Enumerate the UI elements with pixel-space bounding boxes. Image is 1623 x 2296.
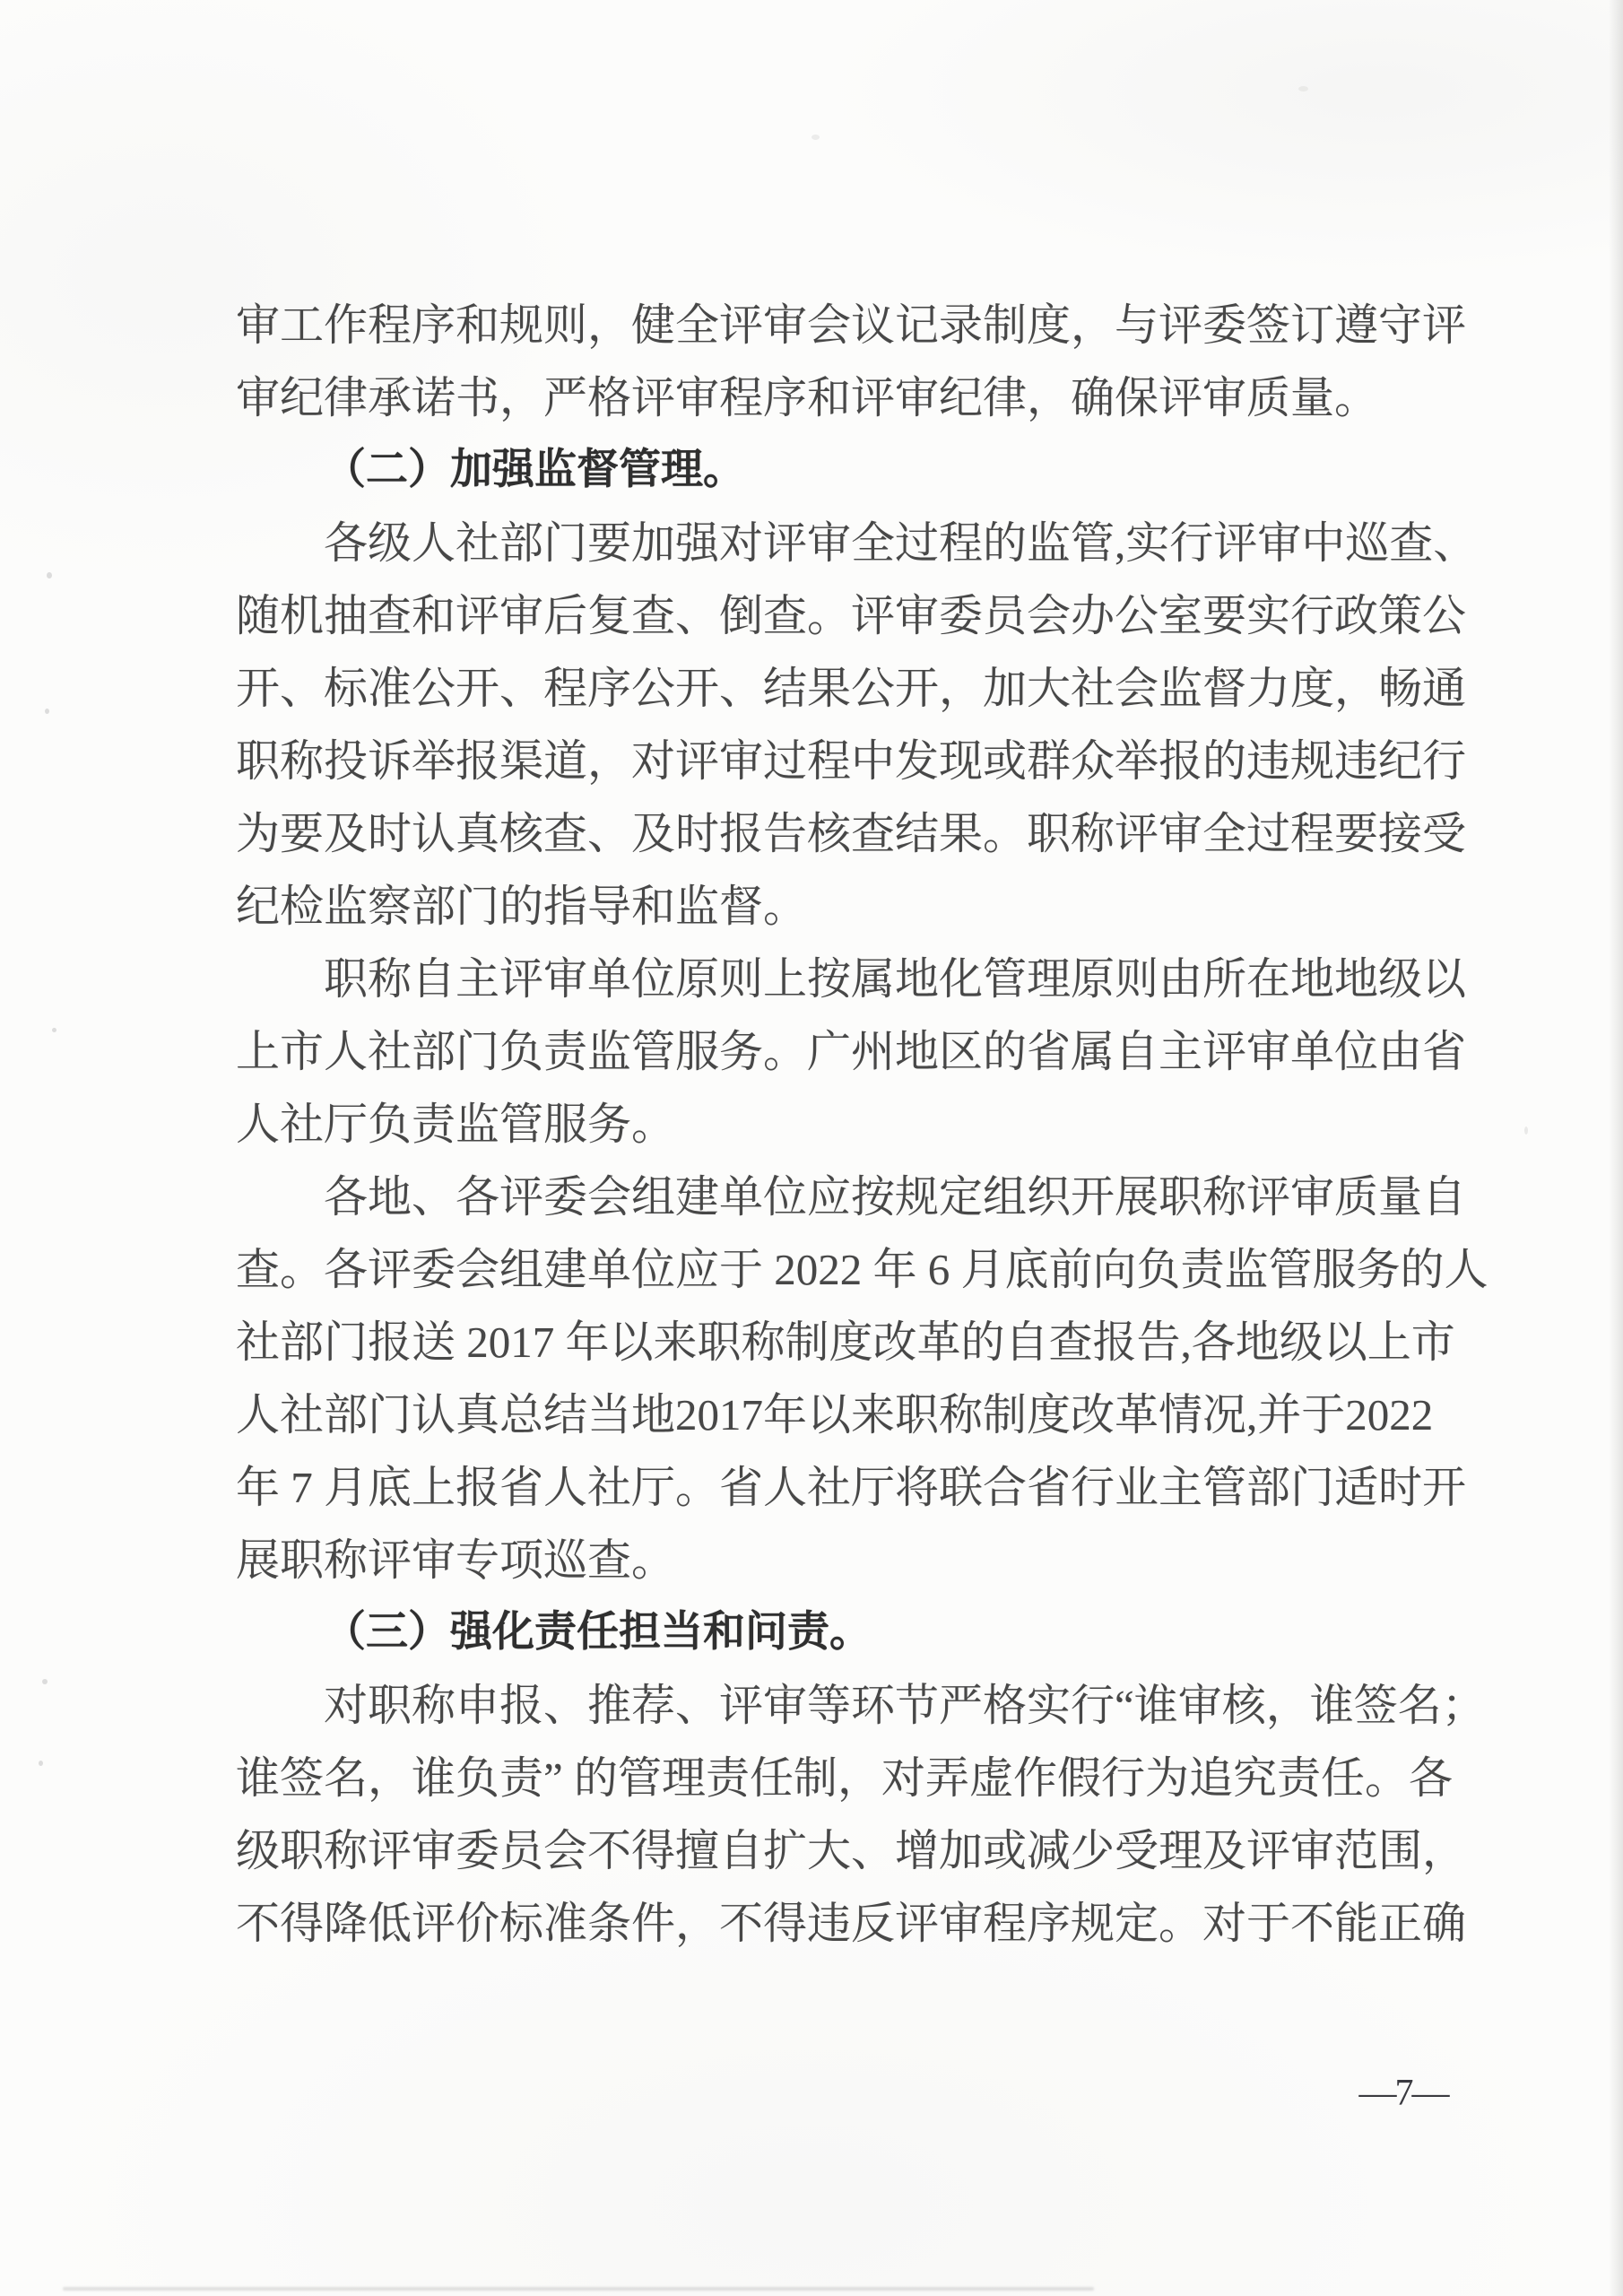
scan-speck (45, 709, 49, 714)
text-line: 为要及时认真核查、及时报告核查结果。职称评审全过程要接受 (236, 797, 1482, 870)
text-line: 审纪律承诺书，严格评审程序和评审纪律，确保评审质量。 (236, 361, 1482, 434)
text-line: 级职称评审委员会不得擅自扩大、增加或减少受理及评审范围， (236, 1814, 1482, 1887)
text-line: 谁签名，谁负责” 的管理责任制，对弄虚作假行为追究责任。各 (236, 1742, 1482, 1814)
text-line: 上市人社部门负责监管服务。广州地区的省属自主评审单位由省 (236, 1015, 1482, 1088)
text-line: 查。各评委会组建单位应于 2022 年 6 月底前向负责监管服务的人 (236, 1233, 1482, 1306)
page-number: —7— (1345, 2070, 1462, 2117)
scan-bottom-streak (63, 2287, 1094, 2291)
text-line: 随机抽查和评审后复查、倒查。评审委员会办公室要实行政策公 (236, 579, 1482, 652)
text-line: 各级人社部门要加强对评审全过程的监管,实行评审中巡查、 (236, 507, 1482, 579)
scan-speck (39, 1761, 43, 1766)
scan-speck (47, 572, 52, 578)
text-line: 纪检监察部门的指导和监督。 (236, 870, 1482, 943)
scanned-document-page: 审工作程序和规则，健全评审会议记录制度，与评委签订遵守评审纪律承诺书，严格评审程… (0, 0, 1623, 2296)
scan-speck (811, 135, 820, 140)
scan-speck (42, 1679, 48, 1684)
text-line: 开、标准公开、程序公开、结果公开，加大社会监督力度，畅通 (236, 652, 1482, 725)
text-line: 人社厅负责监管服务。 (236, 1088, 1482, 1161)
text-line: 职称自主评审单位原则上按属地化管理原则由所在地地级以 (236, 943, 1482, 1015)
scan-speck (1524, 1126, 1528, 1135)
scan-speck (1298, 86, 1308, 91)
document-body: 审工作程序和规则，健全评审会议记录制度，与评委签订遵守评审纪律承诺书，严格评审程… (236, 289, 1482, 1960)
text-line: 社部门报送 2017 年以来职称制度改革的自查报告,各地级以上市 (236, 1306, 1482, 1378)
scan-speck (52, 1028, 56, 1032)
text-line: 职称投诉举报渠道，对评审过程中发现或群众举报的违规违纪行 (236, 725, 1482, 797)
text-line: 人社部门认真总结当地2017年以来职称制度改革情况,并于2022 (236, 1378, 1482, 1451)
section-heading: （二）加强监督管理。 (236, 434, 1482, 507)
text-line: 不得降低评价标准条件，不得违反评审程序规定。对于不能正确 (236, 1887, 1482, 1960)
text-line: 年 7 月底上报省人社厅。省人社厅将联合省行业主管部门适时开 (236, 1451, 1482, 1524)
text-line: 对职称申报、推荐、评审等环节严格实行“谁审核，谁签名； (236, 1669, 1482, 1742)
scan-edge-shadow (1609, 0, 1623, 2296)
section-heading: （三）强化责任担当和问责。 (236, 1596, 1482, 1669)
text-line: 审工作程序和规则，健全评审会议记录制度，与评委签订遵守评 (236, 289, 1482, 361)
text-line: 各地、各评委会组建单位应按规定组织开展职称评审质量自 (236, 1161, 1482, 1233)
text-line: 展职称评审专项巡查。 (236, 1524, 1482, 1596)
